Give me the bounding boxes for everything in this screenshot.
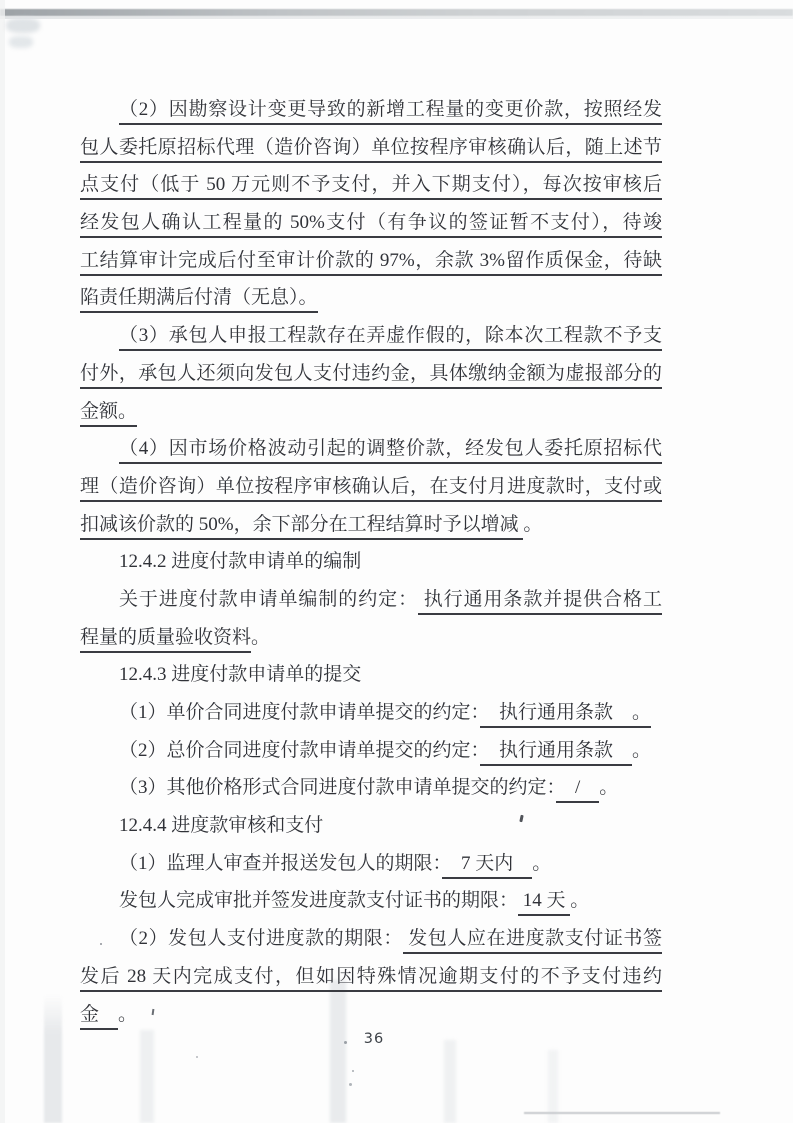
- filled-blank-text: /: [556, 777, 599, 803]
- scan-smudge: [6, 18, 40, 33]
- text-segment: （2）发包人支付进度款的期限：: [119, 928, 403, 949]
- text-segment: 12.4.4 进度款审核和支付: [119, 815, 323, 836]
- text-segment: 。: [118, 1004, 137, 1025]
- filled-blank-text: 执行通用条款 。: [480, 702, 651, 728]
- filled-blank-text: 点支付（低于 50 万元则不予支付，并入下期支付），每次按审核后: [80, 174, 662, 200]
- scan-bottom-line-artifact: [524, 1112, 720, 1114]
- text-line: 经发包人确认工程量的 50%支付（有争议的签证暂不支付），待竣: [80, 204, 662, 242]
- section-heading: 12.4.3 进度付款申请单的提交: [80, 656, 662, 694]
- text-line: 关于进度付款申请单编制的约定： 执行通用条款并提供合格工: [80, 581, 662, 619]
- text-line: 金 。: [80, 996, 662, 1034]
- text-line: （3）承包人申报工程款存在弄虚作假的，除本次工程款不予支: [80, 317, 662, 355]
- scan-left-edge-artifact: [0, 0, 5, 1123]
- filled-blank-text: 14 天: [518, 890, 570, 916]
- text-segment: （2）总价合同进度付款申请单提交的约定：: [119, 740, 480, 761]
- filled-blank-text: 理（造价咨询）单位按程序审核确认后，在支付月进度款时，支付或: [80, 476, 662, 502]
- text-line: （3）其他价格形式合同进度付款申请单提交的约定： / 。: [80, 769, 662, 807]
- filled-blank-text: 金额。: [80, 401, 137, 427]
- section-heading: 12.4.2 进度付款申请单的编制: [80, 543, 662, 581]
- text-segment: 。: [532, 853, 551, 874]
- document-text: （2）因勘察设计变更导致的新增工程量的变更价款，按照经发包人委托原招标代理（造价…: [80, 91, 662, 1033]
- text-line: 点支付（低于 50 万元则不予支付，并入下期支付），每次按审核后: [80, 166, 662, 204]
- filled-blank-text: 包人委托原招标代理（造价咨询）单位按程序审核确认后，随上述节: [80, 137, 662, 163]
- text-segment: 发包人完成审批并签发进度款支付证书的期限：: [119, 890, 518, 911]
- filled-blank-text: 发包人应在进度款支付证书签: [403, 928, 662, 954]
- scan-streak: [444, 1040, 456, 1123]
- filled-blank-text: 发后 28 天内完成支付，但如因特殊情况逾期支付的不予支付违约: [80, 966, 662, 992]
- filled-blank-text: 执行通用条款: [480, 740, 632, 766]
- page-number: 36: [352, 1031, 396, 1047]
- scan-streak: [548, 1050, 558, 1123]
- text-segment: 12.4.2 进度付款申请单的编制: [119, 551, 361, 572]
- scan-top-edge-artifact: [0, 9, 793, 16]
- text-segment: 。: [570, 890, 589, 911]
- text-line: （2）因勘察设计变更导致的新增工程量的变更价款，按照经发: [80, 91, 662, 129]
- text-line: 金额。: [80, 393, 662, 431]
- scan-speck: [352, 1070, 354, 1072]
- scan-speck: [196, 1056, 198, 1058]
- filled-blank-text: 程量的质量验收资料: [80, 627, 251, 653]
- filled-blank-text: （2）因勘察设计变更导致的新增工程量的变更价款，按照经发: [119, 99, 662, 125]
- filled-blank-text: 工结算审计完成后付至审计价款的 97%，余款 3%留作质保金，待缺: [80, 250, 662, 276]
- text-line: （4）因市场价格波动引起的调整价款，经发包人委托原招标代: [80, 430, 662, 468]
- text-line: （1）监理人审查并报送发包人的期限： 7 天内 。: [80, 845, 662, 883]
- text-segment: 。: [251, 627, 270, 648]
- filled-blank-text: 经发包人确认工程量的 50%支付（有争议的签证暂不支付），待竣: [80, 212, 662, 238]
- scan-streak: [140, 1030, 154, 1123]
- text-segment: 关于进度付款申请单编制的约定：: [119, 589, 418, 610]
- text-line: 扣减该价款的 50%，余下部分在工程结算时予以增减 。: [80, 506, 662, 544]
- scanned-contract-page: （2）因勘察设计变更导致的新增工程量的变更价款，按照经发包人委托原招标代理（造价…: [0, 0, 793, 1123]
- scan-speck: [349, 1083, 352, 1086]
- filled-blank-text: 金: [80, 1004, 118, 1030]
- filled-blank-text: （3）承包人申报工程款存在弄虚作假的，除本次工程款不予支: [119, 325, 662, 351]
- filled-blank-text: 执行通用条款并提供合格工: [418, 589, 662, 615]
- text-line: 发包人完成审批并签发进度款支付证书的期限： 14 天 。: [80, 882, 662, 920]
- text-line: （1）单价合同进度付款申请单提交的约定： 执行通用条款 。: [80, 694, 662, 732]
- section-heading: 12.4.4 进度款审核和支付: [80, 807, 662, 845]
- filled-blank-text: 付外，承包人还须向发包人支付违约金，具体缴纳金额为虚报部分的: [80, 363, 662, 389]
- filled-blank-text: （4）因市场价格波动引起的调整价款，经发包人委托原招标代: [119, 438, 662, 464]
- text-line: 付外，承包人还须向发包人支付违约金，具体缴纳金额为虚报部分的: [80, 355, 662, 393]
- text-line: 工结算审计完成后付至审计价款的 97%，余款 3%留作质保金，待缺: [80, 242, 662, 280]
- scan-smudge: [9, 36, 33, 48]
- text-line: 理（造价咨询）单位按程序审核确认后，在支付月进度款时，支付或: [80, 468, 662, 506]
- text-line: 发后 28 天内完成支付，但如因特殊情况逾期支付的不予支付违约: [80, 958, 662, 996]
- filled-blank-text: 7 天内: [442, 853, 532, 879]
- filled-blank-text: 扣减该价款的 50%，余下部分在工程结算时予以增减: [80, 514, 523, 540]
- scan-top-edge-artifact: [0, 16, 793, 19]
- text-segment: 12.4.3 进度付款申请单的提交: [119, 664, 361, 685]
- text-segment: （1）单价合同进度付款申请单提交的约定：: [119, 702, 480, 723]
- text-line: 包人委托原招标代理（造价咨询）单位按程序审核确认后，随上述节: [80, 129, 662, 167]
- text-segment: （1）监理人审查并报送发包人的期限：: [119, 853, 442, 874]
- scan-speck: [344, 1041, 347, 1044]
- text-segment: （3）其他价格形式合同进度付款申请单提交的约定：: [119, 777, 556, 798]
- text-segment: 。: [523, 514, 542, 535]
- scan-streak: [44, 995, 62, 1123]
- text-line: （2）总价合同进度付款申请单提交的约定： 执行通用条款 。: [80, 732, 662, 770]
- text-line: 程量的质量验收资料。: [80, 619, 662, 657]
- text-segment: 。: [599, 777, 618, 798]
- text-line: （2）发包人支付进度款的期限： 发包人应在进度款支付证书签: [80, 920, 662, 958]
- text-line: 陷责任期满后付清（无息）。: [80, 279, 662, 317]
- text-segment: 。: [632, 740, 651, 761]
- filled-blank-text: 陷责任期满后付清（无息）。: [80, 287, 318, 313]
